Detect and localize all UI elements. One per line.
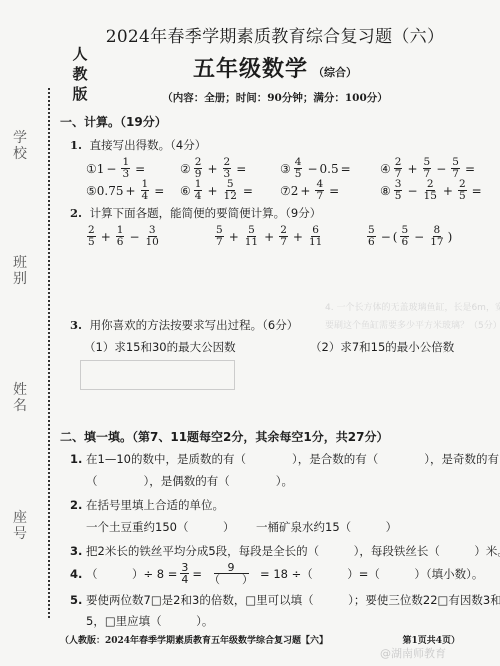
unit-blank-potato: 一个土豆重约150（ ） [86, 519, 234, 535]
class-label: 班 别 [8, 255, 32, 287]
calc-item-8: ⑧ 35− 215+ 25= [380, 179, 484, 202]
unit-blank-water: 一桶矿泉水约15（ ） [256, 519, 397, 535]
section-2-title: 二、填一填。（第7、11题每空2分，其余每空1分，共27分） [60, 428, 388, 445]
calc-item-7: ⑦2+ 47= [280, 179, 341, 202]
fill-question-1-cont: （ ），是偶数的有（ ）。 [86, 473, 293, 489]
calc-item-3: ③ 45−0.5= [280, 157, 353, 180]
fill-question-2: 2.在括号里填上合适的单位。 [70, 497, 224, 513]
answer-area [80, 360, 235, 390]
binding-dotted-line [48, 88, 50, 618]
fill-question-3: 3.把2米长的铁丝平均分成5段，每段是全长的（ ），每段铁丝长（ ）米。 [70, 543, 500, 559]
exam-subtitle: 五年级数学 （综合） [100, 52, 450, 83]
watermark: @湖南师教育 [380, 645, 446, 661]
calc-item-1: ①1− 13= [86, 157, 147, 180]
subject-tag: （综合） [313, 66, 357, 79]
edition-label: 人 教 版 [70, 44, 90, 104]
simplify-item-3: 56−( 56− 817) [364, 225, 452, 248]
school-label: 学 校 [8, 130, 32, 162]
subject-title: 五年级数学 [193, 56, 308, 82]
fill-question-1: 1.在1—10的数中，是质数的有（ ），是合数的有（ ），是奇数的有 [70, 451, 499, 467]
calc-item-5: ⑤0.75+ 14= [86, 179, 166, 202]
exam-title: 2024年春季学期素质教育综合复习题（六） [100, 22, 450, 47]
name-label: 姓 名 [8, 382, 32, 414]
question-1-1: 1. 直接写出得数。（4分） [70, 137, 206, 153]
fill-question-4: 4. （ ）÷ 8 = 34 = 9（ ） = 18 ÷（ ）=（ ）（填小数）… [70, 562, 483, 585]
fill-question-5: 5.要使两位数7□是2和3的倍数，□里可以填（ ）；要使三位数22□有因数3和 [70, 592, 500, 608]
calc-item-6: ⑥ 14+ 512= [180, 179, 255, 202]
calc-item-4: ④ 27+ 57− 57= [380, 157, 477, 180]
lcm-task: （2）求7和15的最小公倍数 [310, 339, 454, 355]
fill-question-5-cont: 5，□里应填（ ）。 [86, 613, 213, 629]
question-1-2: 2. 计算下面各题，能简便的要简便计算。（9分） [70, 205, 321, 221]
simplify-item-1: 25+ 16− 310 [84, 225, 163, 248]
bleed-through-text: 要刷这个鱼缸需要多少平方米玻璃？（5分） [325, 318, 500, 331]
footer-source: （人教版：2024年春季学期素质教育五年级数学综合复习题【六】 [60, 633, 328, 646]
section-1-title: 一、计算。（19分） [60, 113, 167, 130]
exam-page: 学 校 班 别 姓 名 座 号 人 教 版 2024年春季学期素质教育综合复习题… [0, 0, 500, 666]
bleed-through-text: 4. 一个长方体的无盖玻璃鱼缸，长是6m，宽是60cm，高是1.5m…… [325, 300, 500, 313]
simplify-item-2: 57+ 511+ 27+ 611 [212, 225, 326, 248]
exam-meta: （内容：全册；时间：90分钟；满分：100分） [100, 90, 450, 105]
calc-item-2: ② 29+ 23= [180, 157, 248, 180]
seat-number-label: 座 号 [8, 510, 32, 542]
question-1-3: 3. 用你喜欢的方法按要求写出过程。（6分） [70, 317, 298, 333]
gcd-task: （1）求15和30的最大公因数 [84, 339, 236, 355]
